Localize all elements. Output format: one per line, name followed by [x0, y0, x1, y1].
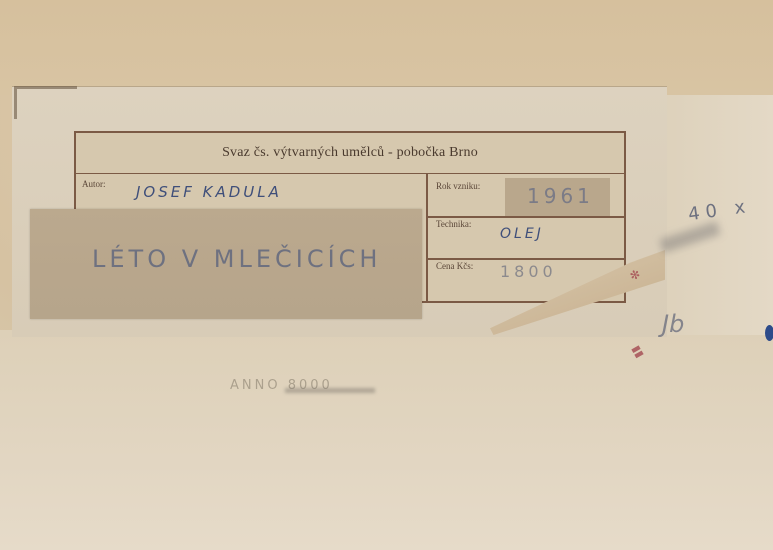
cardboard-bottom [0, 330, 773, 550]
autor-row: Autor: JOSEF KADULA [76, 173, 426, 209]
autor-value: JOSEF KADULA [136, 183, 282, 201]
year-patch: 1961 [505, 178, 610, 216]
blue-ink-dot [765, 325, 773, 341]
painting-title: LÉTO V MLEČICÍCH [92, 245, 381, 273]
rok-vzniku-label: Rok vzniku: [436, 181, 480, 191]
autor-label: Autor: [82, 179, 106, 189]
painting-back-photo: Svaz čs. výtvarných umělců - pobočka Brn… [0, 0, 773, 550]
year-value: 1961 [527, 184, 594, 208]
title-patch: LÉTO V MLEČICÍCH [30, 209, 422, 319]
label-divider-vertical [426, 173, 428, 303]
signature-initials: Jb [662, 310, 684, 338]
cena-label: Cena Kčs: [436, 261, 473, 271]
torn-corner [14, 86, 77, 119]
cena-value: 1800 [500, 262, 557, 281]
pencil-smear [285, 388, 375, 393]
technika-label: Technika: [436, 219, 471, 229]
label-divider-2 [426, 258, 624, 260]
label-divider-1 [426, 216, 624, 218]
label-header: Svaz čs. výtvarných umělců - pobočka Brn… [76, 133, 624, 174]
cardboard-top [0, 0, 773, 95]
technika-value: OLEJ [500, 226, 544, 242]
